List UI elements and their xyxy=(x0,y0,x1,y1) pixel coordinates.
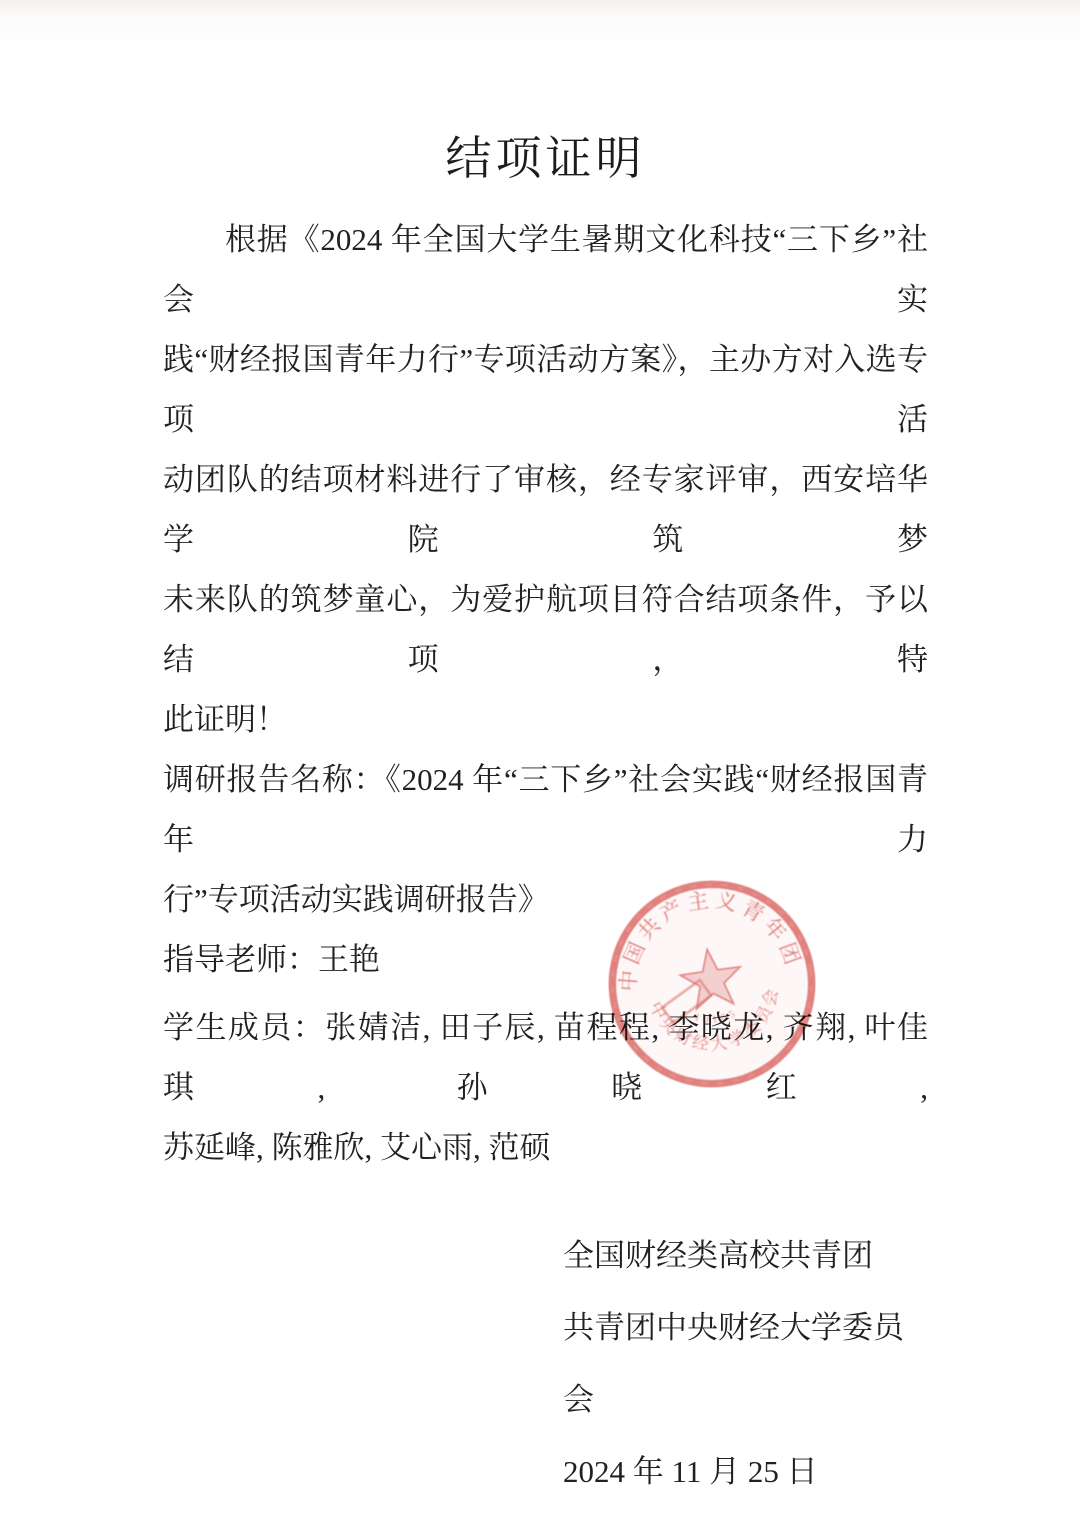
body-line: 根据《2024 年全国大学生暑期文化科技“三下乡”社会实 xyxy=(163,210,928,330)
body-line: 行”专项活动实践调研报告》 xyxy=(163,870,928,930)
body-line: 此证明！ xyxy=(163,690,928,750)
body-line: 调研报告名称：《2024 年“三下乡”社会实践“财经报国青年力 xyxy=(163,750,928,870)
signature-org-1: 全国财经类高校共青团 xyxy=(563,1220,928,1292)
official-seal-stamp: 中国共产主义青年团 中央财经大学委员会 10105 xyxy=(592,862,832,1105)
body-line: 动团队的结项材料进行了审核，经专家评审，西安培华学院筑梦 xyxy=(163,450,928,570)
signature-org-2: 共青团中央财经大学委员会 xyxy=(563,1292,928,1436)
certificate-content: 结项证明 根据《2024 年全国大学生暑期文化科技“三下乡”社会实 践“财经报国… xyxy=(163,0,928,1508)
body-paragraph-main: 根据《2024 年全国大学生暑期文化科技“三下乡”社会实 践“财经报国青年力行”… xyxy=(163,210,928,750)
signature-date: 2024 年 11 月 25 日 xyxy=(563,1436,928,1508)
body-line: 践“财经报国青年力行”专项活动方案》，主办方对入选专项活 xyxy=(163,330,928,450)
signature-block: 全国财经类高校共青团 共青团中央财经大学委员会 2024 年 11 月 25 日 xyxy=(563,1220,928,1508)
certificate-page: 结项证明 根据《2024 年全国大学生暑期文化科技“三下乡”社会实 践“财经报国… xyxy=(0,0,1080,1514)
report-title-paragraph: 调研报告名称：《2024 年“三下乡”社会实践“财经报国青年力 行”专项活动实践… xyxy=(163,750,928,930)
students-line: 苏延峰, 陈雅欣, 艾心雨, 范硕 xyxy=(163,1118,928,1178)
body-line: 未来队的筑梦童心，为爱护航项目符合结项条件，予以结项，特 xyxy=(163,570,928,690)
certificate-title: 结项证明 xyxy=(163,128,928,190)
